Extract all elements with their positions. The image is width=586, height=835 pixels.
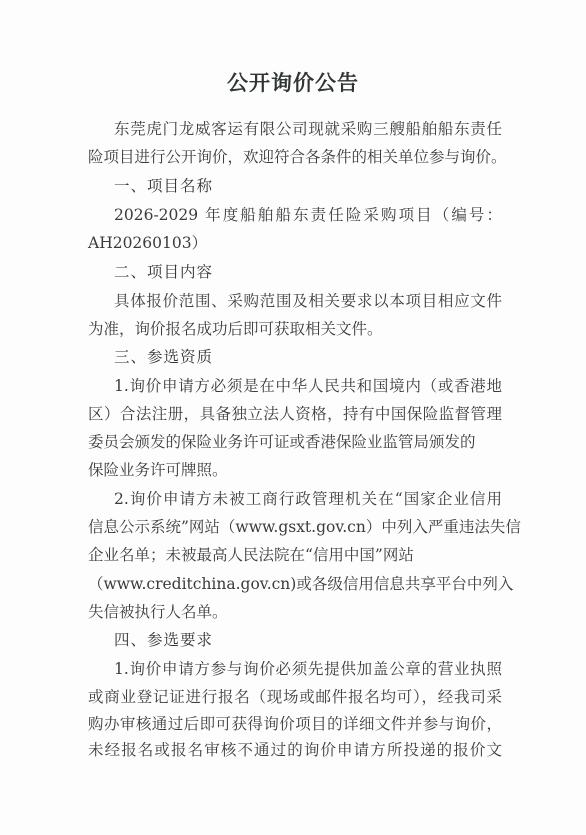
intro-line-2: 险项目进行公开询价，欢迎符合各条件的相关单位参与询价。 <box>88 147 502 167</box>
section-3-line-8: （www.creditchina.gov.cn)或各级信用信息共享平台中列入 <box>88 574 502 594</box>
section-3-line-2: 区）合法注册，具备独立法人资格，持有中国保险监督管理 <box>88 404 502 424</box>
section-4-line-2: 或商业登记证进行报名（现场或邮件报名均可），经我司采 <box>88 687 502 707</box>
intro-line-1: 东莞虎门龙威客运有限公司现就采购三艘船舶船东责任 <box>114 119 502 139</box>
section-1-line-1: 2026-2029 年度船舶船东责任险采购项目（编号： <box>114 205 502 225</box>
section-1-line-2: AH20260103） <box>88 233 502 253</box>
section-4-line-1: 1.询价申请方参与询价必须先提供加盖公章的营业执照 <box>114 659 502 679</box>
section-3-line-7: 企业名单；未被最高人民法院在“信用中国”网站 <box>88 545 502 565</box>
section-4-line-4: 未经报名或报名审核不通过的询价申请方所投递的报价文 <box>88 740 502 760</box>
section-heading-1: 一、项目名称 <box>114 176 213 196</box>
section-3-line-1: 1.询价申请方必须是在中华人民共和国境内（或香港地 <box>114 376 502 396</box>
section-3-line-4: 保险业务许可牌照。 <box>88 460 502 480</box>
section-3-line-6: 信息公示系统”网站（www.gsxt.gov.cn）中列入严重违法失信 <box>88 517 502 537</box>
section-2-line-2: 为准，询价报名成功后即可获取相关文件。 <box>88 319 502 339</box>
section-2-line-1: 具体报价范围、采购范围及相关要求以本项目相应文件 <box>114 291 502 311</box>
section-heading-2: 二、项目内容 <box>114 262 213 282</box>
section-4-line-3: 购办审核通过后即可获得询价项目的详细文件并参与询价， <box>88 714 502 734</box>
section-3-line-9: 失信被执行人名单。 <box>88 602 502 622</box>
section-3-line-3: 委员会颁发的保险业务许可证或香港保险业监管局颁发的 <box>88 432 502 452</box>
document-page: 公开询价公告 东莞虎门龙威客运有限公司现就采购三艘船舶船东责任 险项目进行公开询… <box>0 0 586 835</box>
section-heading-4: 四、参选要求 <box>114 630 213 650</box>
page-title: 公开询价公告 <box>0 70 586 96</box>
section-heading-3: 三、参选资质 <box>114 347 213 367</box>
section-3-line-5: 2.询价申请方未被工商行政管理机关在“国家企业信用 <box>114 489 502 509</box>
